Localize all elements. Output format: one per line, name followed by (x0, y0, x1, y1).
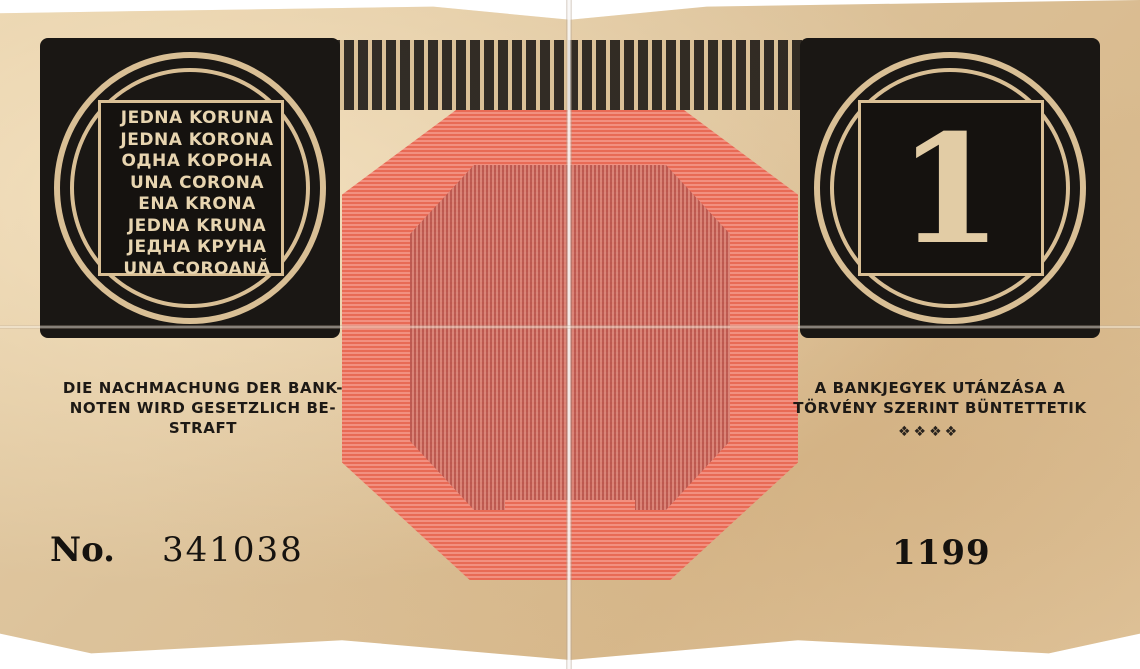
denomination-line: ОДНА КОРОНА (112, 151, 282, 173)
denomination-text: JEDNA KORUNA JEDNA KORONA ОДНА КОРОНА UN… (112, 108, 282, 280)
warning-line: TÖRVÉNY SZERINT BÜNTETTETIK (780, 398, 1100, 418)
horizontal-fold (0, 325, 1140, 329)
denomination-line: JEDNA KRUNA (112, 216, 282, 238)
series-number: 1199 (892, 533, 991, 573)
warning-line: DIE NACHMACHUNG DER BANK- (42, 378, 364, 398)
value-numeral: 1 (860, 106, 1040, 274)
denomination-line: JEDNA KORONA (112, 130, 282, 152)
warning-line: NOTEN WIRD GESETZLICH BE- (42, 398, 364, 418)
serial-number: 341038 (162, 530, 304, 570)
warning-german: DIE NACHMACHUNG DER BANK- NOTEN WIRD GES… (42, 378, 364, 438)
warning-line: STRAFT (42, 418, 364, 438)
denomination-line: UNA CORONA (112, 173, 282, 195)
denomination-line: JEDNA KORUNA (112, 108, 282, 130)
vertical-tear (566, 0, 572, 669)
ornament-glyphs: ❖❖❖❖ (898, 424, 960, 440)
denomination-line: ЈЕДНА КРУНА (112, 237, 282, 259)
value-panel: 1 (800, 38, 1100, 338)
serial-prefix: No. (50, 530, 115, 570)
denomination-line: UNA COROANĂ (112, 259, 282, 281)
denomination-line: ENA KRONA (112, 194, 282, 216)
warning-hungarian: A BANKJEGYEK UTÁNZÁSA A TÖRVÉNY SZERINT … (780, 378, 1100, 418)
warning-line: A BANKJEGYEK UTÁNZÁSA A (780, 378, 1100, 398)
